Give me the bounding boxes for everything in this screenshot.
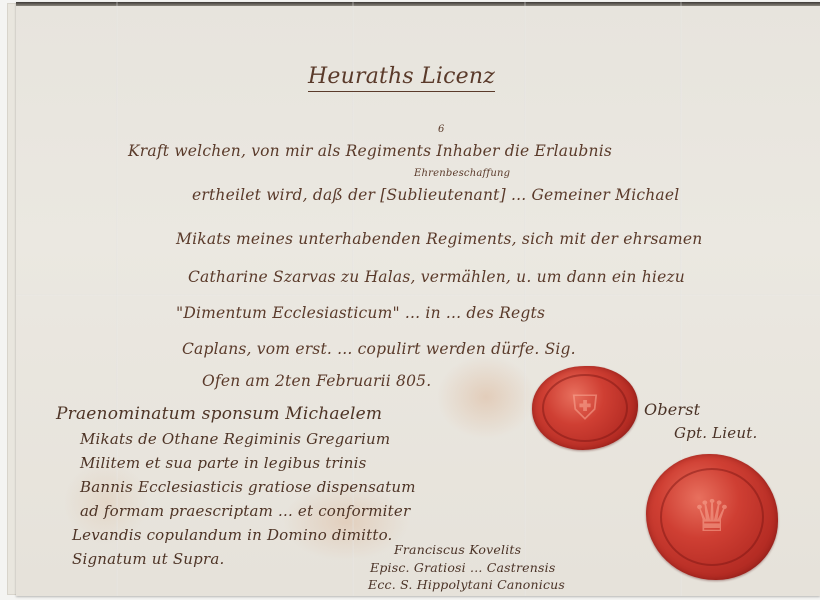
fold-line-horizontal [16,294,820,296]
superscript-mark: 6 [438,124,445,135]
latin-line-5: ad formam praescriptam ... et conformite… [80,502,410,520]
coat-of-arms-icon: ⛨ [572,391,598,425]
cleric-signature-title-1: Episc. Gratiosi ... Castrensis [370,560,555,575]
body-line-2: ertheilet wird, daß der [Sublieutenant] … [192,186,679,204]
latin-line-2: Mikats de Othane Regiminis Gregarium [80,430,390,448]
document-paper: Heuraths Licenz Kraft welchen, von mir a… [16,2,820,596]
lower-wax-seal: ♛ [646,454,778,580]
latin-line-6: Levandis copulandum in Domino dimitto. [72,526,393,544]
body-line-5: "Dimentum Ecclesiasticum" ... in ... des… [176,304,545,322]
cleric-signature-title-2: Ecc. S. Hippolytani Canonicus [368,577,565,592]
body-line-4: Catharine Szarvas zu Halas, vermählen, u… [188,268,685,286]
fold-line-vertical-3 [524,2,526,596]
body-line-3: Mikats meines unterhabenden Regiments, s… [176,230,703,248]
insertion-above-line: Ehrenbeschaffung [414,168,510,179]
cleric-signature-name: Franciscus Kovelits [394,542,521,557]
latin-line-7: Signatum ut Supra. [72,550,224,568]
latin-line-1: Praenominatum sponsum Michaelem [56,404,382,424]
body-line-date: Ofen am 2ten Februarii 805. [202,372,431,390]
upper-wax-seal: ⛨ [532,366,638,450]
document-title: Heuraths Licenz [308,64,495,92]
officer-signature-rank: Oberst [644,400,700,419]
latin-line-4: Bannis Ecclesiasticis gratiose dispensat… [80,478,416,496]
double-headed-eagle-icon: ♛ [692,495,731,539]
body-line-6: Caplans, vom erst. ... copulirt werden d… [182,340,576,358]
officer-signature-title: Gpt. Lieut. [674,424,757,442]
latin-line-3: Militem et sua parte in legibus trinis [80,454,367,472]
paper-top-edge [16,2,820,6]
body-line-1: Kraft welchen, von mir als Regiments Inh… [128,142,612,160]
